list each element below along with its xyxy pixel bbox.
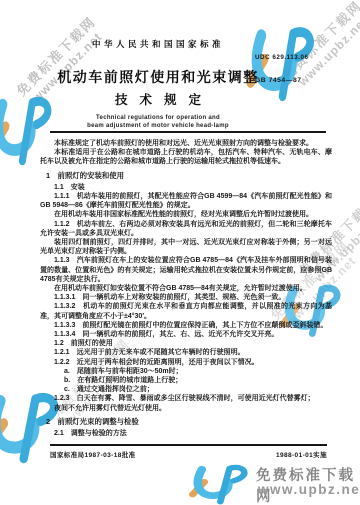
section-heading: 1 前照灯的安装和使用 xyxy=(46,171,332,180)
standard-org-line: 中华人民共和国国家标准 xyxy=(18,38,298,50)
body-paragraph: 在用机动车装用非国家标准配光性能的前照灯，经对光束调整后允许暂时过渡使用。 xyxy=(40,210,332,219)
body-paragraph: 夜间不允许用雾灯代替近光灯使用。 xyxy=(40,404,332,413)
body-paragraph: 1.2.2 近光用于两车相会时的近距离照明，还用于夜间以下情况。 xyxy=(40,358,332,367)
body-paragraph: 1.1.2 机动车前左、右两边必须对称安装具有远光和近光的前照灯，但二轮和三轮摩… xyxy=(40,220,332,238)
document-body: 本标准规定了机动车前照灯的使用和对远光、近光光束照射方向的调整与检验要求。本标准… xyxy=(40,139,332,438)
body-paragraph: c. 通过交通指挥岗位之前； xyxy=(40,385,332,394)
document-title-en-line2: beam adjustment of motor vehicle head-la… xyxy=(18,123,298,129)
section-heading: 2 前照灯光束的调整与检验 xyxy=(46,417,332,426)
implementation-note: 1988-01-01实施 xyxy=(276,450,327,459)
body-paragraph: 1.2.3 白天在有雾、降雪、暴雨或多尘区行驶视线不清时，可使用近光灯代替雾灯； xyxy=(40,394,332,403)
upbz-logo-watermark xyxy=(186,462,252,505)
body-paragraph: 1.2.1 远光用于前方无来车或不尾随其它车辆时的行驶照明。 xyxy=(40,348,332,357)
body-paragraph: 本标准适用于在公路和在城市道路上行驶的机动车，包括汽车、特种汽车、无轨电车、摩托… xyxy=(40,148,332,166)
scanned-standard-page: 免费标准下载网 www.upbz.net 免费标准下载网 www.upbz.ne… xyxy=(0,0,360,505)
document-header: 中华人民共和国国家标准 机动车前照灯使用和光束调整 技术规定 Technical… xyxy=(18,0,298,129)
body-paragraph: 1.1.3.1 同一辆机动车上对称安装的前照灯，其类型、规格、光色须一致。 xyxy=(40,293,332,302)
body-paragraph: a. 尾随前车与前车相距30～50m时； xyxy=(40,367,332,376)
body-paragraph: 1.1.3 汽车前照灯在车上的安装位置应符合GB 4785—84《汽车及挂车外部… xyxy=(40,256,332,284)
udc-number: UDC 629.113.06 xyxy=(255,54,309,61)
header-divider xyxy=(50,131,326,133)
body-paragraph: 装用四灯制前照灯，四灯并排时，其中一对远、近光双光束灯应对称装于外侧；另一对远光… xyxy=(40,238,332,256)
body-paragraph: 1.1.3.3 前照灯配光镜在前照灯中的位置应保持正确，其上下方位不应颠倒或歪斜… xyxy=(40,321,332,330)
body-paragraph: 本标准规定了机动车前照灯的使用和对远光、近光光束照射方向的调整与检验要求。 xyxy=(40,139,332,148)
body-paragraph: 2.1 调整与检验的方法 xyxy=(40,429,332,438)
body-paragraph: b. 在有路灯照明的城市道路上行驶； xyxy=(40,376,332,385)
body-paragraph: 1.1.3.2 机动车的前照灯光束在水平和垂直方向都应能调整，并以照准的光束方向… xyxy=(40,302,332,320)
body-paragraph: 1.2 前照灯的使用 xyxy=(40,339,332,348)
body-paragraph: 1.1.3.4 同一辆机动车的前照灯，其左、右、远、近光不允许交叉开亮。 xyxy=(40,330,332,339)
body-paragraph: 1.1.1 机动车装用的前照灯，其配光性能应符合GB 4599—84《汽车前照灯… xyxy=(40,192,332,210)
standard-number: GB 7454—87 xyxy=(255,77,302,84)
footer-divider xyxy=(50,444,327,446)
body-paragraph: 1.1 安装 xyxy=(40,183,332,192)
document-subtitle-cn: 技术规定 xyxy=(18,90,298,108)
bottom-watermark-site-url: www.upbz.net xyxy=(258,482,360,497)
approval-note: 国家标准局1987-03-18批准 xyxy=(50,450,136,459)
document-title-en-line1: Technical regulations for operation and xyxy=(18,115,298,121)
body-paragraph: 在用机动车前照灯如安装位置不符合GB 4785—84有关规定，允许暂时过渡使用。 xyxy=(40,284,332,293)
